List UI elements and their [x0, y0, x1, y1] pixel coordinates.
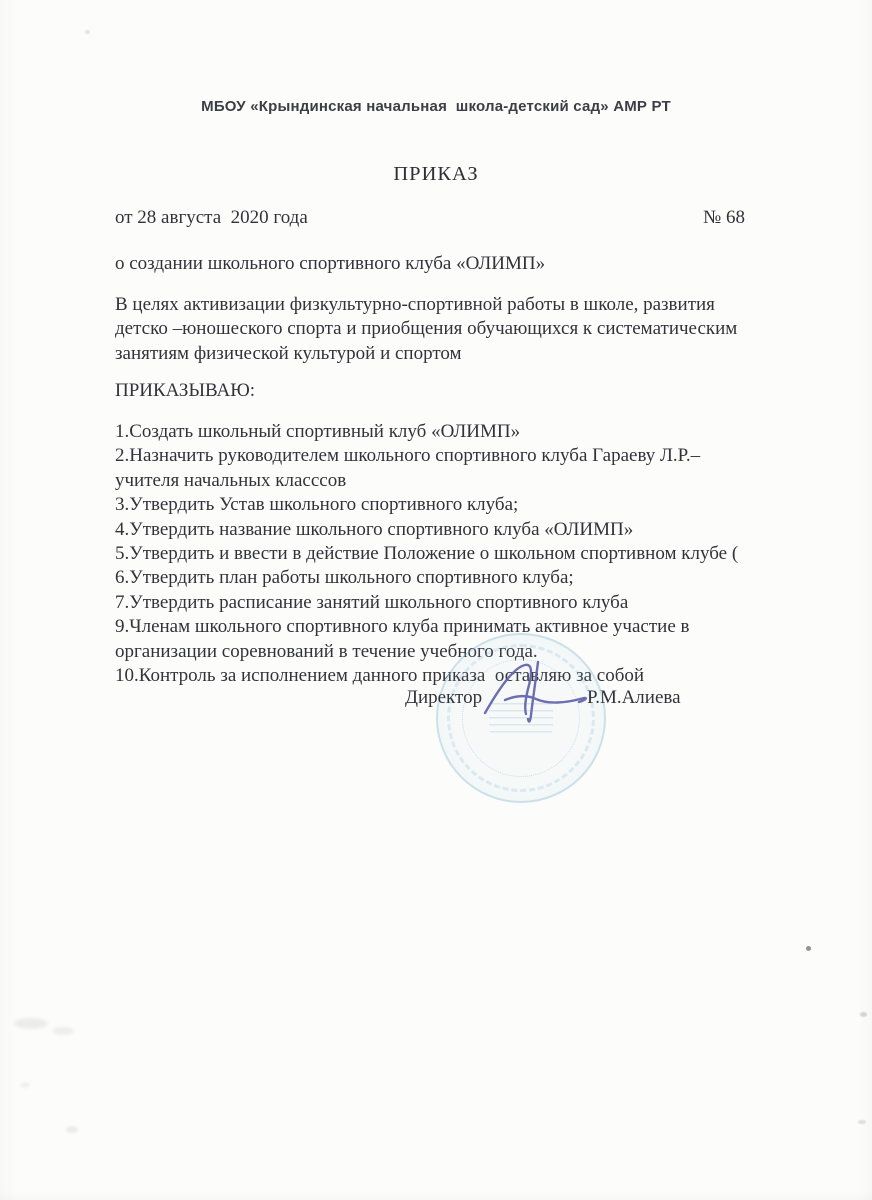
- order-item-5: 5.Утвердить и ввести в действие Положени…: [115, 542, 765, 566]
- scan-smudge: [66, 1126, 78, 1133]
- order-item-6: 6.Утвердить план работы школьного спорти…: [115, 566, 765, 590]
- order-date: от 28 августа 2020 года: [115, 206, 308, 230]
- scan-speck: [806, 946, 811, 951]
- order-item-1: 1.Создать школьный спортивный клуб «ОЛИМ…: [115, 420, 765, 444]
- scan-speck: [85, 30, 90, 34]
- order-item-7: 7.Утвердить расписание занятий школьного…: [115, 591, 765, 615]
- order-subject: о создании школьного спортивного клуба «…: [115, 252, 765, 276]
- date-number-row: от 28 августа 2020 года № 68: [115, 206, 765, 230]
- signer-role: Директор: [405, 687, 482, 709]
- order-preamble: В целях активизации физкультурно-спортив…: [115, 293, 765, 366]
- scan-smudge: [14, 1018, 48, 1029]
- order-item-10: 10.Контроль за исполнением данного прика…: [115, 664, 765, 688]
- order-item-4: 4.Утвердить название школьного спортивно…: [115, 518, 765, 542]
- document-title: ПРИКАЗ: [0, 163, 872, 186]
- order-item-2: 2.Назначить руководителем школьного спор…: [115, 444, 765, 493]
- scan-speck: [860, 1012, 867, 1017]
- order-item-3: 3.Утвердить Устав школьного спортивного …: [115, 493, 765, 517]
- order-number: № 68: [703, 206, 745, 230]
- scanned-document-page: МБОУ «Крындинская начальная школа-детски…: [0, 0, 872, 1200]
- resolve-word: ПРИКАЗЫВАЮ:: [115, 379, 765, 403]
- scan-speck: [858, 1120, 866, 1124]
- scan-smudge: [20, 1082, 30, 1088]
- scan-smudge: [52, 1027, 74, 1035]
- handwritten-signature: [478, 658, 596, 728]
- order-item-9: 9.Членам школьного спортивного клуба при…: [115, 615, 765, 664]
- order-items-list: 1.Создать школьный спортивный клуб «ОЛИМ…: [115, 420, 765, 688]
- signer-name: Р.М.Алиева: [587, 687, 681, 709]
- school-name-header: МБОУ «Крындинская начальная школа-детски…: [0, 98, 872, 115]
